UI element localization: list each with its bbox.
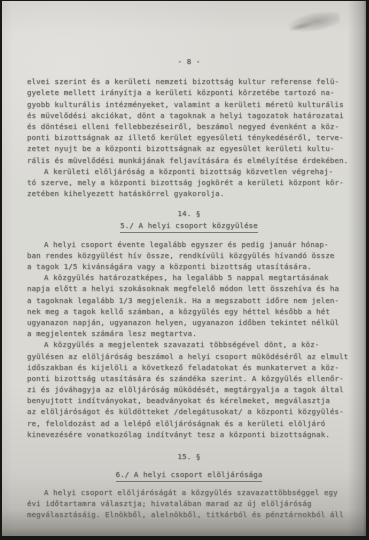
text-line: a tagok 1/5 kivánságára vagy a központi …	[27, 261, 351, 272]
scanned-page: - 8 - elvei szerint és a kerületi nemzet…	[2, 1, 366, 536]
text-line: és döntései elleni fellebbezéseiről, bes…	[27, 121, 351, 132]
text-line: ponti bizottság utasítására és szándéka …	[27, 373, 351, 384]
text-line: ugyanazon napján, ugyanazon helyen, ugya…	[27, 317, 351, 328]
text-line: megválasztásáig. Elnökből, alelnökből, t…	[27, 509, 351, 520]
section-number-15: 15. §	[27, 451, 351, 462]
paragraph-continuation: elvei szerint és a kerületi nemzeti bizo…	[27, 76, 351, 166]
section-heading-15: 15. § 6./ A helyi csoport elöljárósága	[27, 451, 351, 482]
text-line: ponti bizottságnak az illető kerület egy…	[27, 132, 351, 143]
text-line: a megjelentek számára lesz megtartva.	[27, 328, 351, 339]
text-line: benyujtott indítványokat, beadványokat é…	[27, 395, 351, 406]
section-number-14: 14. §	[27, 208, 351, 219]
text-line: A helyi csoport elöljáróságát a közgyülé…	[27, 487, 351, 498]
paragraph-hatarozatkepesseg: A közgyülés határozatképes, ha legalább …	[27, 272, 351, 339]
paragraph-kerueleti-eloljarosag: A kerületi elöljáróság a központi bizott…	[27, 166, 351, 200]
text-line: zetében kihelyezett hatáskörrel gyakorol…	[27, 188, 351, 199]
text-line: kinevezésére vonatkozólag indítványt tes…	[27, 429, 351, 440]
text-line: rális és müvelődési munkájának feljavítá…	[27, 155, 351, 166]
text-line: gyobb kulturális intézményeket, valamint…	[27, 99, 351, 110]
text-line: A kerületi elöljáróság a központi bizott…	[27, 166, 351, 177]
document-text: - 8 - elvei szerint és a kerületi nemzet…	[27, 56, 351, 520]
text-line: és müvelődési akciókat, dönt a tagoknak …	[27, 110, 351, 121]
page-number: - 8 -	[27, 56, 351, 67]
text-line: elvei szerint és a kerületi nemzeti bizo…	[27, 76, 351, 87]
text-line: A közgyülés a megjelentek szavazati több…	[27, 339, 351, 350]
text-line: tó szerve, mely a központi bizottság jog…	[27, 177, 351, 188]
text-line: A helyi csoport évente legalább egyszer …	[27, 239, 351, 250]
text-line: az elöljáróságot és küldötteket /delegát…	[27, 406, 351, 417]
text-line: gyelete mellett irányítja a kerületi köz…	[27, 87, 351, 98]
text-line: napja előtt a helyi szokásoknak megfelel…	[27, 283, 351, 294]
text-line: zetet nyujt be a központi bizottságnak a…	[27, 143, 351, 154]
text-line: időszakban és kijelöli a következő felad…	[27, 362, 351, 373]
text-line: A közgyülés határozatképes, ha legalább …	[27, 272, 351, 283]
screenshot-root: { "document": { "page_number": "- 8 -", …	[0, 0, 369, 540]
paragraph-kozgyules-osszehivas: A helyi csoport évente legalább egyszer …	[27, 239, 351, 273]
text-line: zi és jóváhagyja az elöljáróság müködésé…	[27, 384, 351, 395]
section-title-row-15: 6./ A helyi csoport elöljárósága	[27, 462, 351, 482]
paragraph-kozgyules-dontes: A közgyülés a megjelentek szavazati több…	[27, 339, 351, 440]
text-line: ban rendes közgyülést hív össze, rendkív…	[27, 250, 351, 261]
text-line: évi időtartamra választja; hivatalában m…	[27, 498, 351, 509]
section-title-15: 6./ A helyi csoport elöljárósága	[116, 469, 263, 482]
paragraph-eloljarosag-valasztas: A helyi csoport elöljáróságát a közgyülé…	[27, 487, 351, 521]
text-line: gyülésen az elöljáróság beszámol a helyi…	[27, 351, 351, 362]
text-line: re, feloldozást ad a lelépő elöljáróságn…	[27, 418, 351, 429]
section-heading-14: 14. § 5./ A helyi csoport közgyülése	[27, 208, 351, 232]
text-line: nek meg a tagok kellő számban, a közgyül…	[27, 306, 351, 317]
text-line: a tagoknak legalább 1/3 megjelenik. Ha a…	[27, 295, 351, 306]
section-title-14: 5./ A helyi csoport közgyülése	[120, 220, 258, 233]
section-title-row-14: 5./ A helyi csoport közgyülése	[27, 219, 351, 232]
